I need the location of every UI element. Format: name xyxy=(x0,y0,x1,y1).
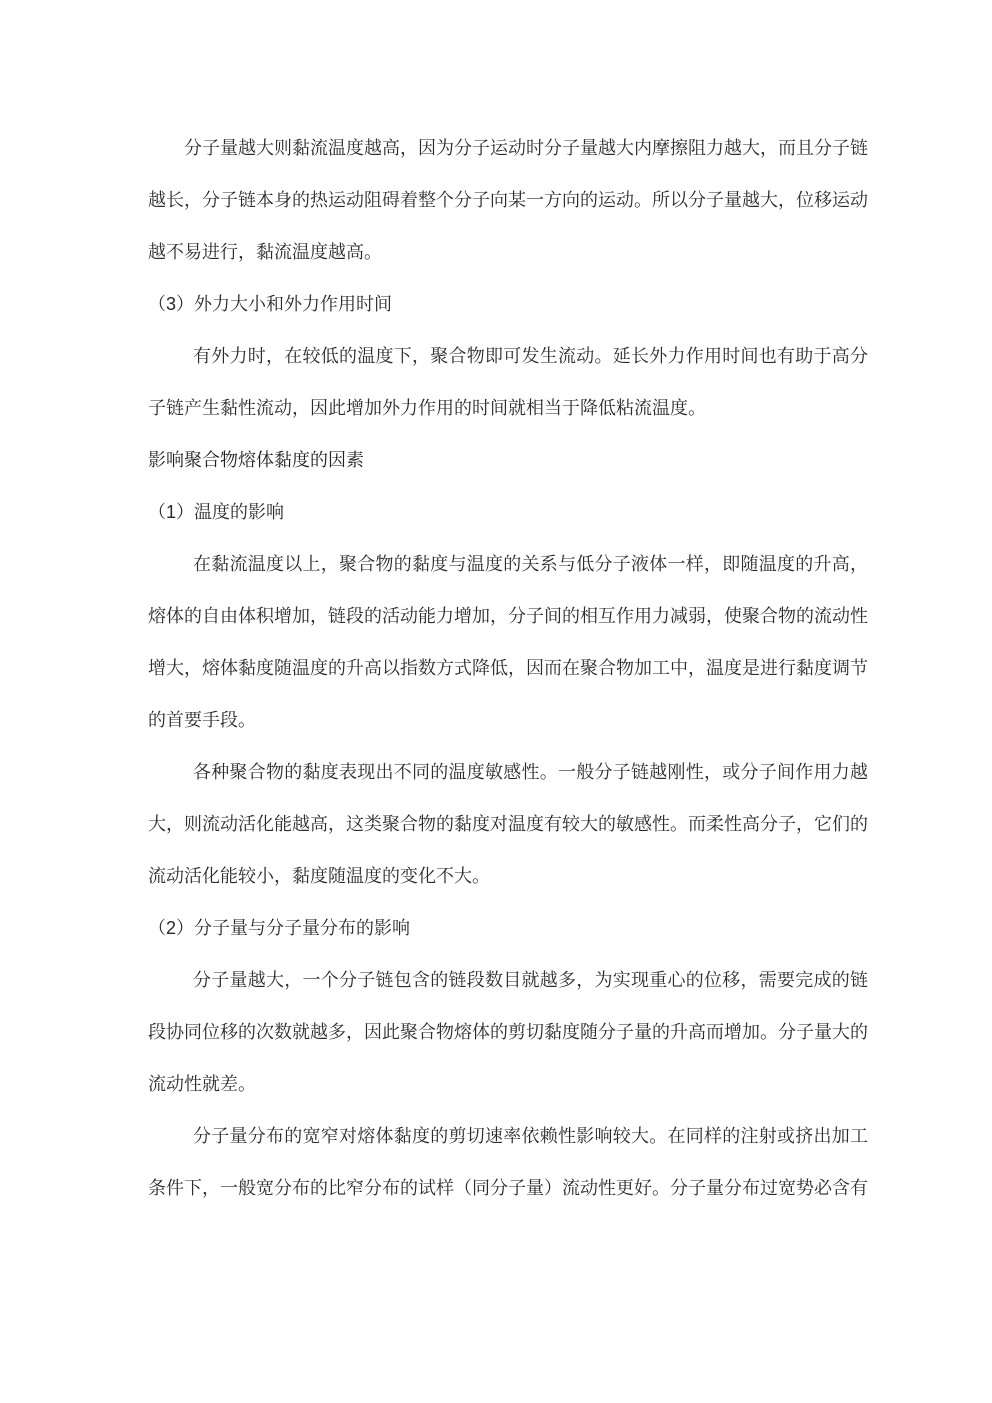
para-molecular-weight-effect: 分子量越大，一个分子链包含的链段数目就越多，为实现重心的位移，需要完成的链段协同… xyxy=(148,954,868,1110)
label-item-2-molecular-weight-distribution: （2）分子量与分子量分布的影响 xyxy=(148,902,868,954)
para-molecular-weight-viscous-flow: 分子量越大则黏流温度越高，因为分子运动时分子量越大内摩擦阻力越大，而且分子链越长… xyxy=(148,122,868,278)
label-item-1-temperature: （1）温度的影响 xyxy=(148,486,868,538)
section-heading-melt-viscosity-factors: 影响聚合物熔体黏度的因素 xyxy=(148,434,868,486)
document-page: 分子量越大则黏流温度越高，因为分子运动时分子量越大内摩擦阻力越大，而且分子链越长… xyxy=(0,0,992,1403)
para-temperature-sensitivity: 各种聚合物的黏度表现出不同的温度敏感性。一般分子链越刚性，或分子间作用力越大，则… xyxy=(148,746,868,902)
para-external-force-effect: 有外力时，在较低的温度下，聚合物即可发生流动。延长外力作用时间也有助于高分子链产… xyxy=(148,330,868,434)
para-molecular-weight-distribution-effect: 分子量分布的宽窄对熔体黏度的剪切速率依赖性影响较大。在同样的注射或挤出加工条件下… xyxy=(148,1110,868,1214)
label-item-3-external-force: （3）外力大小和外力作用时间 xyxy=(148,278,868,330)
para-temperature-effect: 在黏流温度以上，聚合物的黏度与温度的关系与低分子液体一样，即随温度的升高，熔体的… xyxy=(148,538,868,746)
